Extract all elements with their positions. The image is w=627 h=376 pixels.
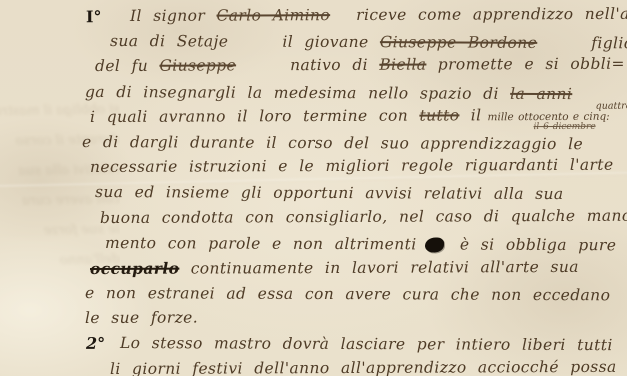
text-segment: riceve come apprendizzo nell'arte — [356, 5, 627, 24]
text-segment: Giuseppe Bordone — [380, 33, 537, 52]
text-segment: Biella — [379, 56, 426, 74]
manuscript-line: del fu Giuseppenativo di Biella promette… — [95, 52, 627, 80]
manuscript-page: si obbliga il mastro durante il corso re… — [0, 0, 627, 376]
text-segment: la anni — [510, 84, 572, 102]
manuscript-line: buona condotta con consigliarlo, nel cas… — [100, 203, 627, 230]
text-segment: il giovane — [282, 33, 380, 51]
manuscript-line: necessarie istruzioni e le migliori rego… — [90, 153, 627, 181]
text-segment: li giorni festivi dell'anno all'apprendi… — [110, 357, 617, 376]
text-segment: necessarie istruzioni e le migliori rego… — [90, 156, 614, 176]
text-segment: è si obbliga pure di — [449, 235, 627, 254]
text-segment: nativo di — [290, 56, 379, 74]
text-segment: sua ed insieme gli opportuni avvisi rela… — [95, 183, 564, 203]
text-segment: sua di Setaje — [110, 32, 228, 51]
manuscript-line: i quali avranno il loro termine con tutt… — [90, 102, 627, 130]
text-segment: continuamente in lavori relativi all'art… — [179, 258, 579, 278]
manuscript-line: li giorni festivi dell'anno all'apprendi… — [110, 354, 627, 376]
text-segment: tutto — [419, 106, 459, 124]
text-segment: Lo stesso mastro dovrà lasciare per inti… — [120, 334, 613, 354]
manuscript-line: le sue forze. — [85, 304, 627, 332]
text-segment: buona condotta con consigliarlo, nel cas… — [100, 206, 627, 226]
manuscript-text: I°Il signor Carlo Aiminoriceve come appr… — [82, 4, 627, 376]
text-segment: promette e si obbli= — [426, 55, 625, 74]
paragraph-number: 2° — [86, 331, 105, 356]
text-segment: quattromille ottocento e cinq:il 6 dicem… — [481, 102, 627, 127]
text-segment: le sue forze. — [85, 309, 198, 327]
text-segment: e di dargli durante il corso del suo app… — [82, 133, 583, 153]
text-segment: i quali avranno il loro termine con — [90, 106, 419, 125]
text-segment: Carlo Aimino — [216, 6, 330, 24]
ink-blot — [425, 237, 444, 252]
text-segment: occuparlo — [90, 258, 179, 277]
manuscript-line: I°Il signor Carlo Aiminoriceve come appr… — [130, 2, 627, 29]
text-segment: del fu — [95, 57, 160, 75]
text-segment: Il signor — [130, 7, 217, 25]
text-segment: il — [459, 106, 481, 124]
manuscript-line: occuparlo continuamente in lavori relati… — [90, 254, 627, 282]
text-segment: e non estranei ad essa con avere cura ch… — [85, 284, 610, 304]
text-segment: Giuseppe — [159, 57, 236, 75]
text-segment: ga di insegnargli la medesima nello spaz… — [85, 83, 510, 103]
paragraph-number: I° — [86, 4, 102, 29]
text-segment: mento con parole e non altrimenti — [105, 234, 417, 253]
text-segment: figlio — [591, 34, 627, 52]
